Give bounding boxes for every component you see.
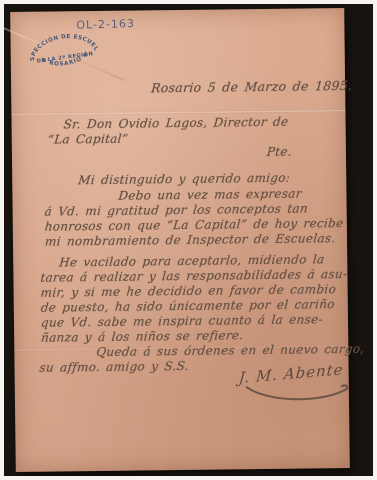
recipient-place-line: Pte. [266, 145, 292, 159]
paper-crease-horizontal [11, 109, 345, 116]
letter-paper: OL-2-163 INSPECCIÓN DE ESCUELAS DE LA 2ª… [10, 8, 350, 472]
body-line: Debo una vez mas expresar [118, 187, 303, 203]
closing-line: su affmo. amigo y S.S. [39, 359, 190, 375]
inspeccion-escuelas-oval-stamp: INSPECCIÓN DE ESCUELAS DE LA 2ª REGIÓN ✱… [21, 22, 108, 88]
closing-line: Queda á sus órdenes en el nuevo cargo, [96, 342, 365, 359]
dateline: Rosario 5 de Marzo de 1895. [150, 78, 353, 95]
scanned-letter-frame: OL-2-163 INSPECCIÓN DE ESCUELAS DE LA 2ª… [0, 0, 377, 480]
body-line: mi nombramiento de Inspector de Escuelas… [44, 231, 336, 249]
body-line: ñanza y á los niños se refiere. [41, 328, 245, 344]
recipient-org-line: “La Capital” [47, 132, 129, 147]
recipient-name-line: Sr. Don Ovidio Lagos, Director de [63, 115, 289, 132]
salutation: Mi distinguido y querido amigo: [78, 171, 291, 188]
signature-flourish [245, 380, 355, 405]
body-line: que Vd. sabe me inspira cuanto á la ense… [40, 312, 323, 329]
